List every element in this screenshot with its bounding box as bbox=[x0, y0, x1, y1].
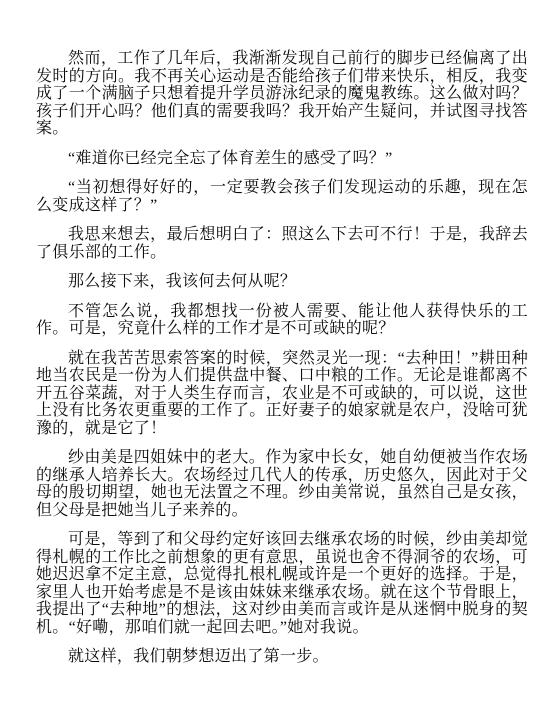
paragraph-07: 就在我苦苦思索答案的时候，突然灵光一现：“去种田！”耕田种地当农民是一份为人们提… bbox=[36, 350, 528, 438]
paragraph-02: “难道你已经完全忘了体育差生的感受了吗？” bbox=[36, 150, 528, 168]
paragraph-06: 不管怎么说，我都想找一份被人需要、能让他人获得快乐的工作。可是，究竟什么样的工作… bbox=[36, 303, 528, 338]
paragraph-03: “当初想得好好的，一定要教会孩子们发现运动的乐趣，现在怎么变成这样了？” bbox=[36, 179, 528, 214]
paragraph-01: 然而，工作了几年后，我渐渐发现自己前行的脚步已经偏离了出发时的方向。我不再关心运… bbox=[36, 50, 528, 138]
paragraph-09: 可是，等到了和父母约定好该回去继承农场的时候，纱由美却觉得札幌的工作比之前想象的… bbox=[36, 531, 528, 636]
paragraph-08: 纱由美是四姐妹中的老大。作为家中长女，她自幼便被当作农场的继承人培养长大。农场经… bbox=[36, 449, 528, 519]
text-block: 然而，工作了几年后，我渐渐发现自己前行的脚步已经偏离了出发时的方向。我不再关心运… bbox=[36, 50, 528, 678]
paragraph-04: 我思来想去，最后想明白了：照这么下去可不行！于是，我辞去了俱乐部的工作。 bbox=[36, 226, 528, 261]
paragraph-10: 就这样，我们朝梦想迈出了第一步。 bbox=[36, 648, 528, 666]
paragraph-05: 那么接下来，我该何去何从呢？ bbox=[36, 273, 528, 291]
document-page: 然而，工作了几年后，我渐渐发现自己前行的脚步已经偏离了出发时的方向。我不再关心运… bbox=[0, 0, 555, 720]
